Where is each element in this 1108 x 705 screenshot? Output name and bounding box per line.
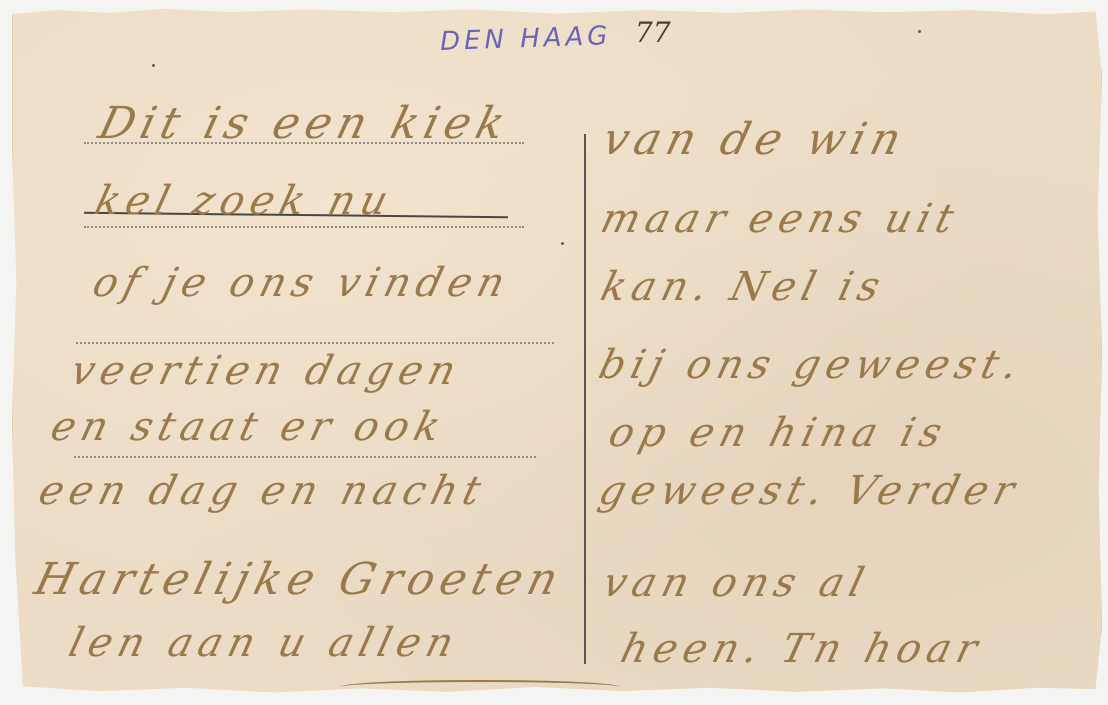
handwriting-line-3-left: of je ons vinden (88, 260, 515, 306)
pencil-annotation-number: 77 (635, 16, 671, 49)
handwriting-line-2-right: maar eens uit (596, 196, 964, 242)
handwriting-line-6-right: geweest. Verder (594, 468, 1025, 514)
pencil-annotation-city: DEN HAAG (440, 21, 612, 57)
center-divider-line (584, 134, 586, 664)
postcard-back: DEN HAAG 77 Dit is een kiek kel zoek nu … (12, 6, 1102, 696)
handwriting-line-7-right: van ons al (598, 560, 874, 606)
handwriting-line-7-left: Hartelijke Groeten (30, 554, 569, 605)
handwriting-line-6-left: een dag en nacht (34, 468, 491, 514)
handwriting-line-3-right: kan. Nel is (596, 264, 890, 310)
dotted-guide-line (84, 226, 524, 228)
handwriting-line-4-right: bij ons geweest. (594, 342, 1028, 388)
handwriting-line-1-left: Dit is een kiek (94, 98, 516, 149)
handwriting-line-8-right: heen. Tn hoar (616, 626, 988, 672)
handwriting-line-5-right: op en hina is (604, 410, 952, 456)
dotted-guide-line (74, 456, 536, 458)
paper-speck (152, 64, 155, 67)
faint-circle-mark (862, 28, 868, 98)
handwriting-line-8-left: len aan u allen (64, 620, 464, 666)
handwriting-line-1-right: van de win (598, 114, 912, 165)
ink-flourish-stroke (340, 680, 620, 694)
handwriting-line-4-left: veertien dagen (66, 348, 466, 394)
paper-speck (918, 30, 921, 33)
dotted-guide-line (76, 342, 554, 344)
paper-speck (561, 242, 564, 245)
handwriting-line-2-left: kel zoek nu (90, 178, 398, 224)
handwriting-line-5-left: en staat er ook (46, 404, 451, 450)
